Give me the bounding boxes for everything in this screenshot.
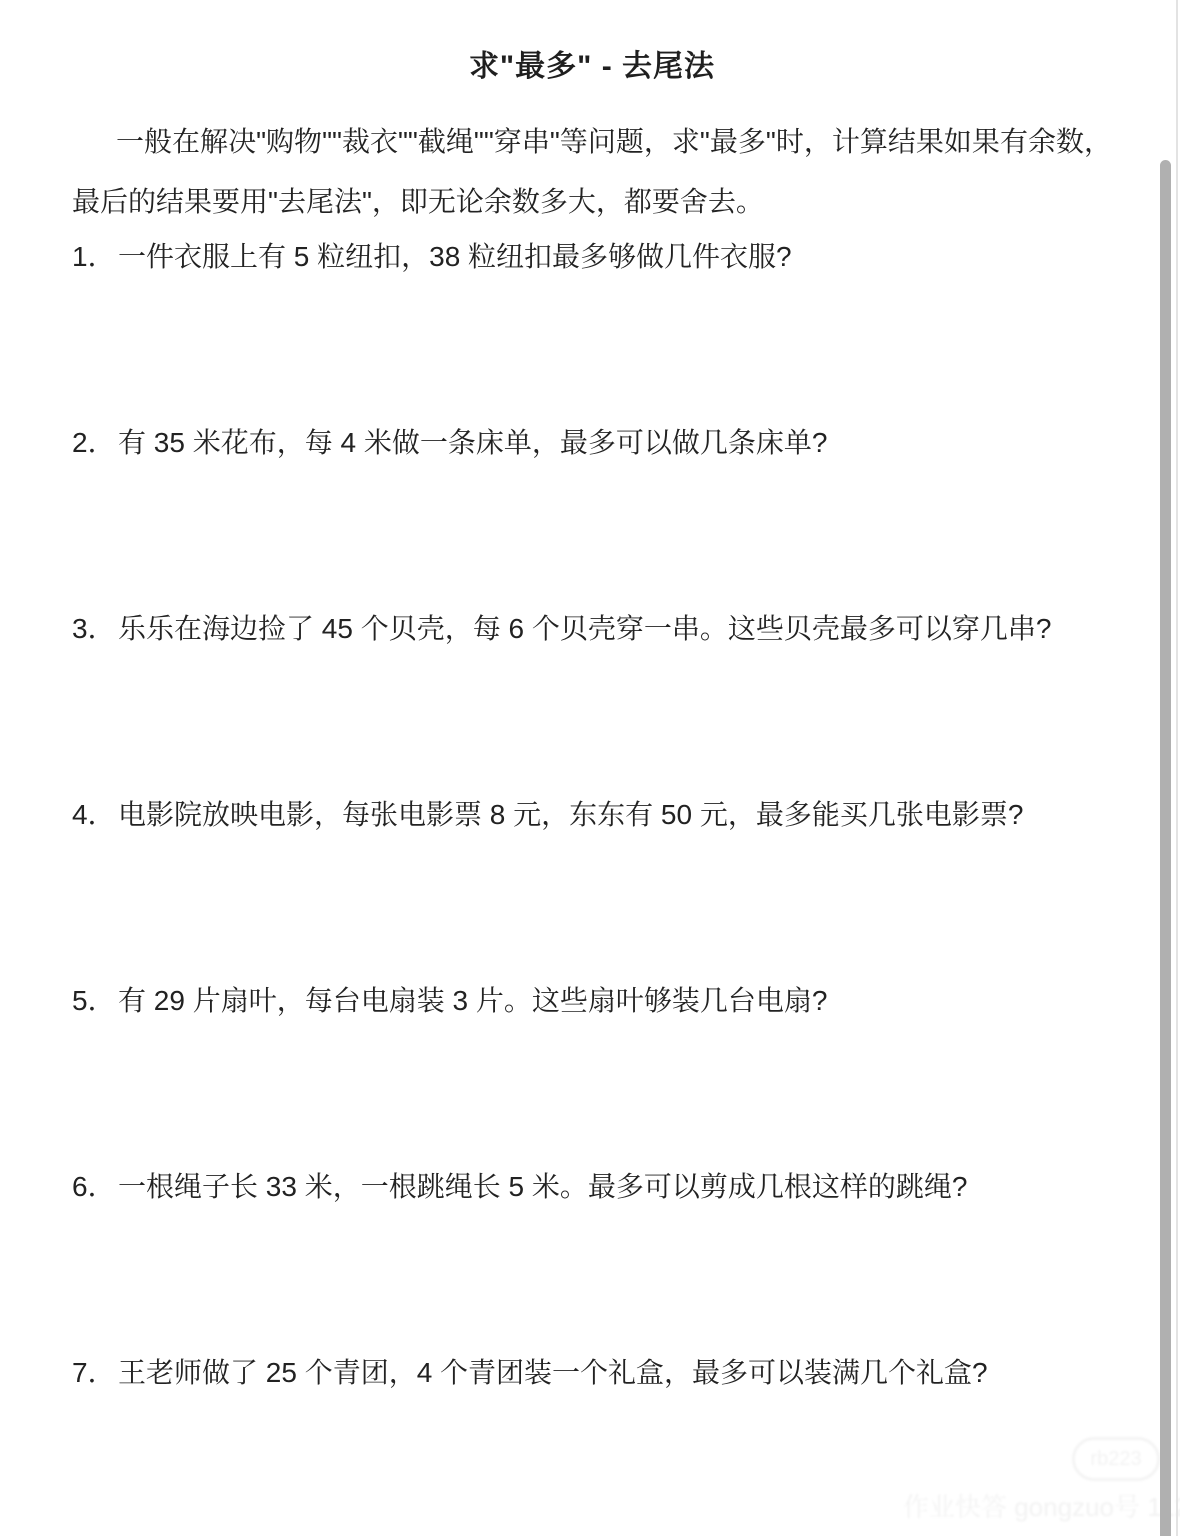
watermark-text: 作业快答 gongzuo号 1123 <box>903 1487 1180 1524</box>
page-title: 求"最多" - 去尾法 <box>72 46 1112 88</box>
question-3: 3．乐乐在海边捡了 45 个贝壳，每 6 个贝壳穿一串。这些贝壳最多可以穿几串? <box>72 612 1112 646</box>
question-4-text: 电影院放映电影，每张电影票 8 元，东东有 50 元，最多能买几张电影票? <box>118 799 1023 830</box>
question-2-number: 2． <box>72 426 118 460</box>
question-4-number: 4． <box>72 798 118 832</box>
question-4: 4．电影院放映电影，每张电影票 8 元，东东有 50 元，最多能买几张电影票? <box>72 798 1112 832</box>
question-2-text: 有 35 米花布，每 4 米做一条床单，最多可以做几条床单? <box>118 427 827 458</box>
question-list: 1．一件衣服上有 5 粒纽扣，38 粒纽扣最多够做几件衣服? 2．有 35 米花… <box>72 240 1112 1390</box>
question-6: 6．一根绳子长 33 米，一根跳绳长 5 米。最多可以剪成几根这样的跳绳? <box>72 1170 1112 1204</box>
question-1-text: 一件衣服上有 5 粒纽扣，38 粒纽扣最多够做几件衣服? <box>118 241 792 272</box>
question-1: 1．一件衣服上有 5 粒纽扣，38 粒纽扣最多够做几件衣服? <box>72 240 1112 274</box>
question-6-number: 6． <box>72 1170 118 1204</box>
page-edge-divider <box>1176 0 1178 1536</box>
question-7-number: 7． <box>72 1356 118 1390</box>
question-1-number: 1． <box>72 240 118 274</box>
question-3-number: 3． <box>72 612 118 646</box>
question-6-text: 一根绳子长 33 米，一根跳绳长 5 米。最多可以剪成几根这样的跳绳? <box>118 1171 967 1202</box>
document-content: 求"最多" - 去尾法 一般在解决"购物""裁衣""截绳""穿串"等问题，求"最… <box>72 46 1112 1390</box>
question-7-text: 王老师做了 25 个青团，4 个青团装一个礼盒，最多可以装满几个礼盒? <box>118 1357 988 1388</box>
question-5-number: 5． <box>72 984 118 1018</box>
question-5-text: 有 29 片扇叶，每台电扇装 3 片。这些扇叶够装几台电扇? <box>118 985 827 1016</box>
scrollbar-thumb[interactable] <box>1160 160 1171 1536</box>
question-3-text: 乐乐在海边捡了 45 个贝壳，每 6 个贝壳穿一串。这些贝壳最多可以穿几串? <box>118 613 1051 644</box>
worksheet-page: 求"最多" - 去尾法 一般在解决"购物""裁衣""截绳""穿串"等问题，求"最… <box>0 0 1180 1536</box>
question-7: 7．王老师做了 25 个青团，4 个青团装一个礼盒，最多可以装满几个礼盒? <box>72 1356 1112 1390</box>
question-5: 5．有 29 片扇叶，每台电扇装 3 片。这些扇叶够装几台电扇? <box>72 984 1112 1018</box>
intro-paragraph: 一般在解决"购物""裁衣""截绳""穿串"等问题，求"最多"时，计算结果如果有余… <box>72 112 1112 232</box>
question-2: 2．有 35 米花布，每 4 米做一条床单，最多可以做几条床单? <box>72 426 1112 460</box>
watermark-badge: rb223 <box>1072 1437 1160 1481</box>
